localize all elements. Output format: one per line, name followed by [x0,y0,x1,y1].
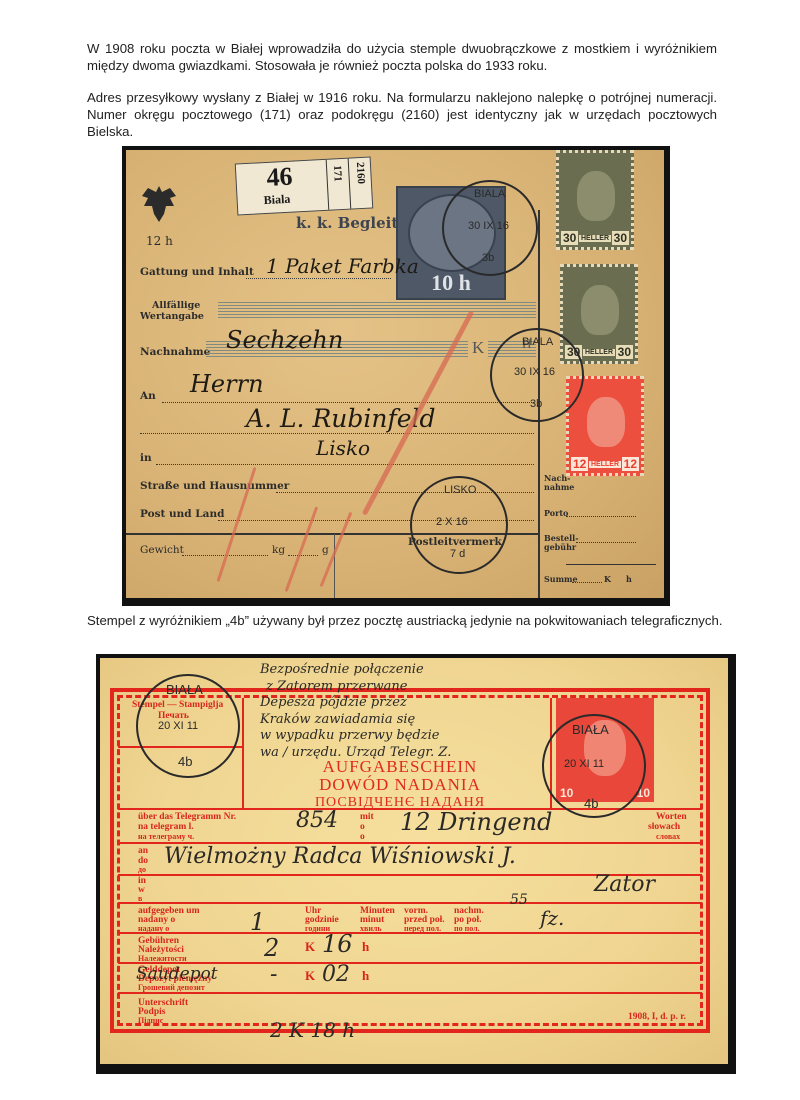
dotted-line [162,402,534,403]
nachnahme-value: Sechzehn [226,326,343,354]
gattung-label: Gattung und Inhalt [140,266,254,278]
fee-k-value: 2 [264,934,279,962]
telegramm-label-de: über das Telegramm Nr. [138,812,236,822]
unterschrift-label-uk: Підпис [138,1016,163,1026]
postmark-town: BIAŁA [166,682,203,697]
wertangabe-label-1: Allfällige [152,300,200,311]
postmark-lisko: LISKO 2 X 16 7 d [410,476,508,574]
stamp-currency: HELLER [579,235,611,242]
label-subdistrict: 2160 [354,162,367,185]
wertangabe-band [218,302,536,320]
label-district: 171 [331,165,344,182]
postmark-code: 4b [178,754,192,769]
rc-bestell-2: gebühr [544,543,576,552]
dotted-line [566,516,636,517]
dotted-line [288,555,318,556]
stamp-value: 30 [561,231,578,245]
depot-h-value: 02 [322,962,350,987]
sum-rule [566,564,656,565]
row-rule [118,992,702,994]
depot-k-label: K [305,971,315,981]
note-line: wa / urzędu. Urząd Telegr. Z. [260,745,451,762]
worten-label-de: Worten [656,812,687,822]
card-paper: 12 h 46 Biala 171 2160 k. k. Begleitadre… [126,150,664,598]
an-label-uk: до [138,865,146,875]
gewicht-label: Gewicht [140,544,184,556]
rc-nachnahme: Nach-nahme [544,474,572,492]
gelddepot-label-uk: Грошевий депозит [138,983,205,993]
kg-label: kg [272,544,285,556]
recipient-value: Wielmożny Radca Wiśniowski J. [164,844,516,869]
postmark-town: BIALA [522,336,553,348]
postmark-date: 30 IX 16 [514,366,555,378]
title-pl: DOWÓD NADANIA [250,776,550,794]
destination-value: Zator [594,872,655,897]
label-town: Biala [263,192,290,208]
postmark-biala: BIALA 30 IX 16 3b [442,180,538,276]
postmark-biala: BIALA 30 IX 16 3b [490,328,584,422]
dotted-line [246,278,391,279]
postmark-code: 4b [584,796,598,811]
form-imprint: 1908, I, d. p. r. [628,1012,686,1022]
fee-h-label: h [362,942,369,952]
worten-label-uk: словах [656,832,680,842]
registration-label: 46 Biala 171 2160 [235,156,374,215]
note-line: Bezpośrednie połączenie [260,662,451,679]
signature-value: 2 K 18 h [270,1018,355,1042]
postmark-date: 30 IX 16 [468,220,509,232]
telegramm-number: 854 [296,808,338,833]
note-line: z Zatorem przerwane [260,679,451,696]
an-value: Herrn [190,370,264,398]
mit-label-pl: o [360,822,365,832]
postmark-date: 20 XI 11 [158,720,198,732]
postmark-town: LISKO [444,484,476,496]
label-district-cell: 171 [326,159,350,210]
strasse-label: Straße und Hausnummer [140,480,289,492]
telegram-description: Stempel z wyróżnikiem „4b” używany był p… [87,612,727,629]
in-label-uk: в [138,894,142,904]
nachnahme-label: Nachnahme [140,346,210,358]
row-rule [118,902,702,904]
an-label-de: an [138,846,148,856]
postmark-town: BIAŁA [572,722,609,737]
stamp-box-divider [242,698,244,808]
stamp-currency: HELLER [583,349,615,356]
postmark-date: 2 X 16 [436,516,468,528]
telegramm-label-uk: на телеграму ч. [138,832,194,842]
postmark-biala-4b: BIAŁA 20 XI 11 4b [542,714,646,818]
word-count-value: 12 Dringend [400,808,552,836]
fee-k-label: K [305,942,315,952]
intro-paragraph: W 1908 roku poczta w Białej wprowadziła … [87,40,717,74]
aufgegeben-label-uk: наданy o [138,924,169,934]
stamp-value: 30 [616,345,633,359]
postmark-biala-4b: BIAŁA 20 XI 11 4b [136,674,240,778]
dotted-line [140,433,534,434]
note-line: Kraków zawiadamia się [260,712,451,729]
stamp-currency: HELLER [589,461,621,468]
gebuhren-label-uk: Належитости [138,954,187,964]
note-line: Depesza pójdzie przez [260,695,451,712]
nachm-value: fz. [540,906,564,930]
stamp-value: 30 [612,231,629,245]
stamp-value: 12 [622,457,639,471]
minuten-label-uk: хвиль [360,924,382,934]
telegramm-label-pl: na telegram l. [138,822,194,832]
postleit-divider [334,534,335,598]
postmark-code: 7 d [450,548,465,560]
fee-label: 12 h [146,234,173,248]
telegram-receipt-card: Stempel — Stampiglja Печать AUFGABESCHEI… [96,654,736,1074]
hour-value: 1 [250,908,265,936]
stamp-portrait [587,397,625,447]
rc-porto: Porto [544,508,568,518]
note-line: w wypadku przerwy będzie [260,728,451,745]
postmark-code: 3b [530,398,542,410]
mit-label-de: mit [360,812,374,822]
an-label: An [140,390,156,402]
fee-h-value: 16 [322,930,353,958]
in-value: Lisko [316,436,370,460]
mit-label-uk: o [360,832,365,842]
rc-h: h [626,574,632,584]
wertangabe-label-2: Wertangabe [140,311,204,322]
g-label: g [322,544,329,556]
gattung-value: 1 Paket Farbka [266,254,419,278]
vorm-label-uk: перед пол. [404,924,441,934]
parcel-description: Adres przesyłkowy wysłany z Białej w 191… [87,89,717,140]
postmark-code: 3b [482,252,494,264]
postmark-date: 20 XI 11 [564,758,604,770]
stamp-value: 12 [571,457,588,471]
depot-k-value: - [270,962,277,987]
post-land-label: Post und Land [140,508,224,520]
handwritten-note: Bezpośrednie połączenie z Zatorem przerw… [260,662,451,761]
label-number: 46 [266,162,294,193]
dotted-line [572,582,602,583]
nachm-label-uk: по пол. [454,924,480,934]
k-label: K [472,338,484,358]
depot-h-label: h [362,971,369,981]
worten-label-pl: słowach [648,822,680,832]
in-label: in [140,452,152,464]
stamp-portrait [577,171,615,221]
rc-k: K [604,574,611,584]
dotted-line [576,542,636,543]
card-paper: Stempel — Stampiglja Печать AUFGABESCHEI… [100,658,728,1064]
parcel-address-card: 12 h 46 Biala 171 2160 k. k. Begleitadre… [122,146,670,606]
minutes-value: 55 [510,892,528,908]
double-eagle-icon [140,184,178,224]
gelddepot-note: Saudepot [136,964,218,984]
dotted-line [156,464,534,465]
stamp-30-heller-1: 30HELLER30 [556,150,634,250]
stamp-portrait [581,285,619,335]
postmark-town: BIALA [474,188,505,200]
label-subdistrict-cell: 2160 [348,157,374,208]
